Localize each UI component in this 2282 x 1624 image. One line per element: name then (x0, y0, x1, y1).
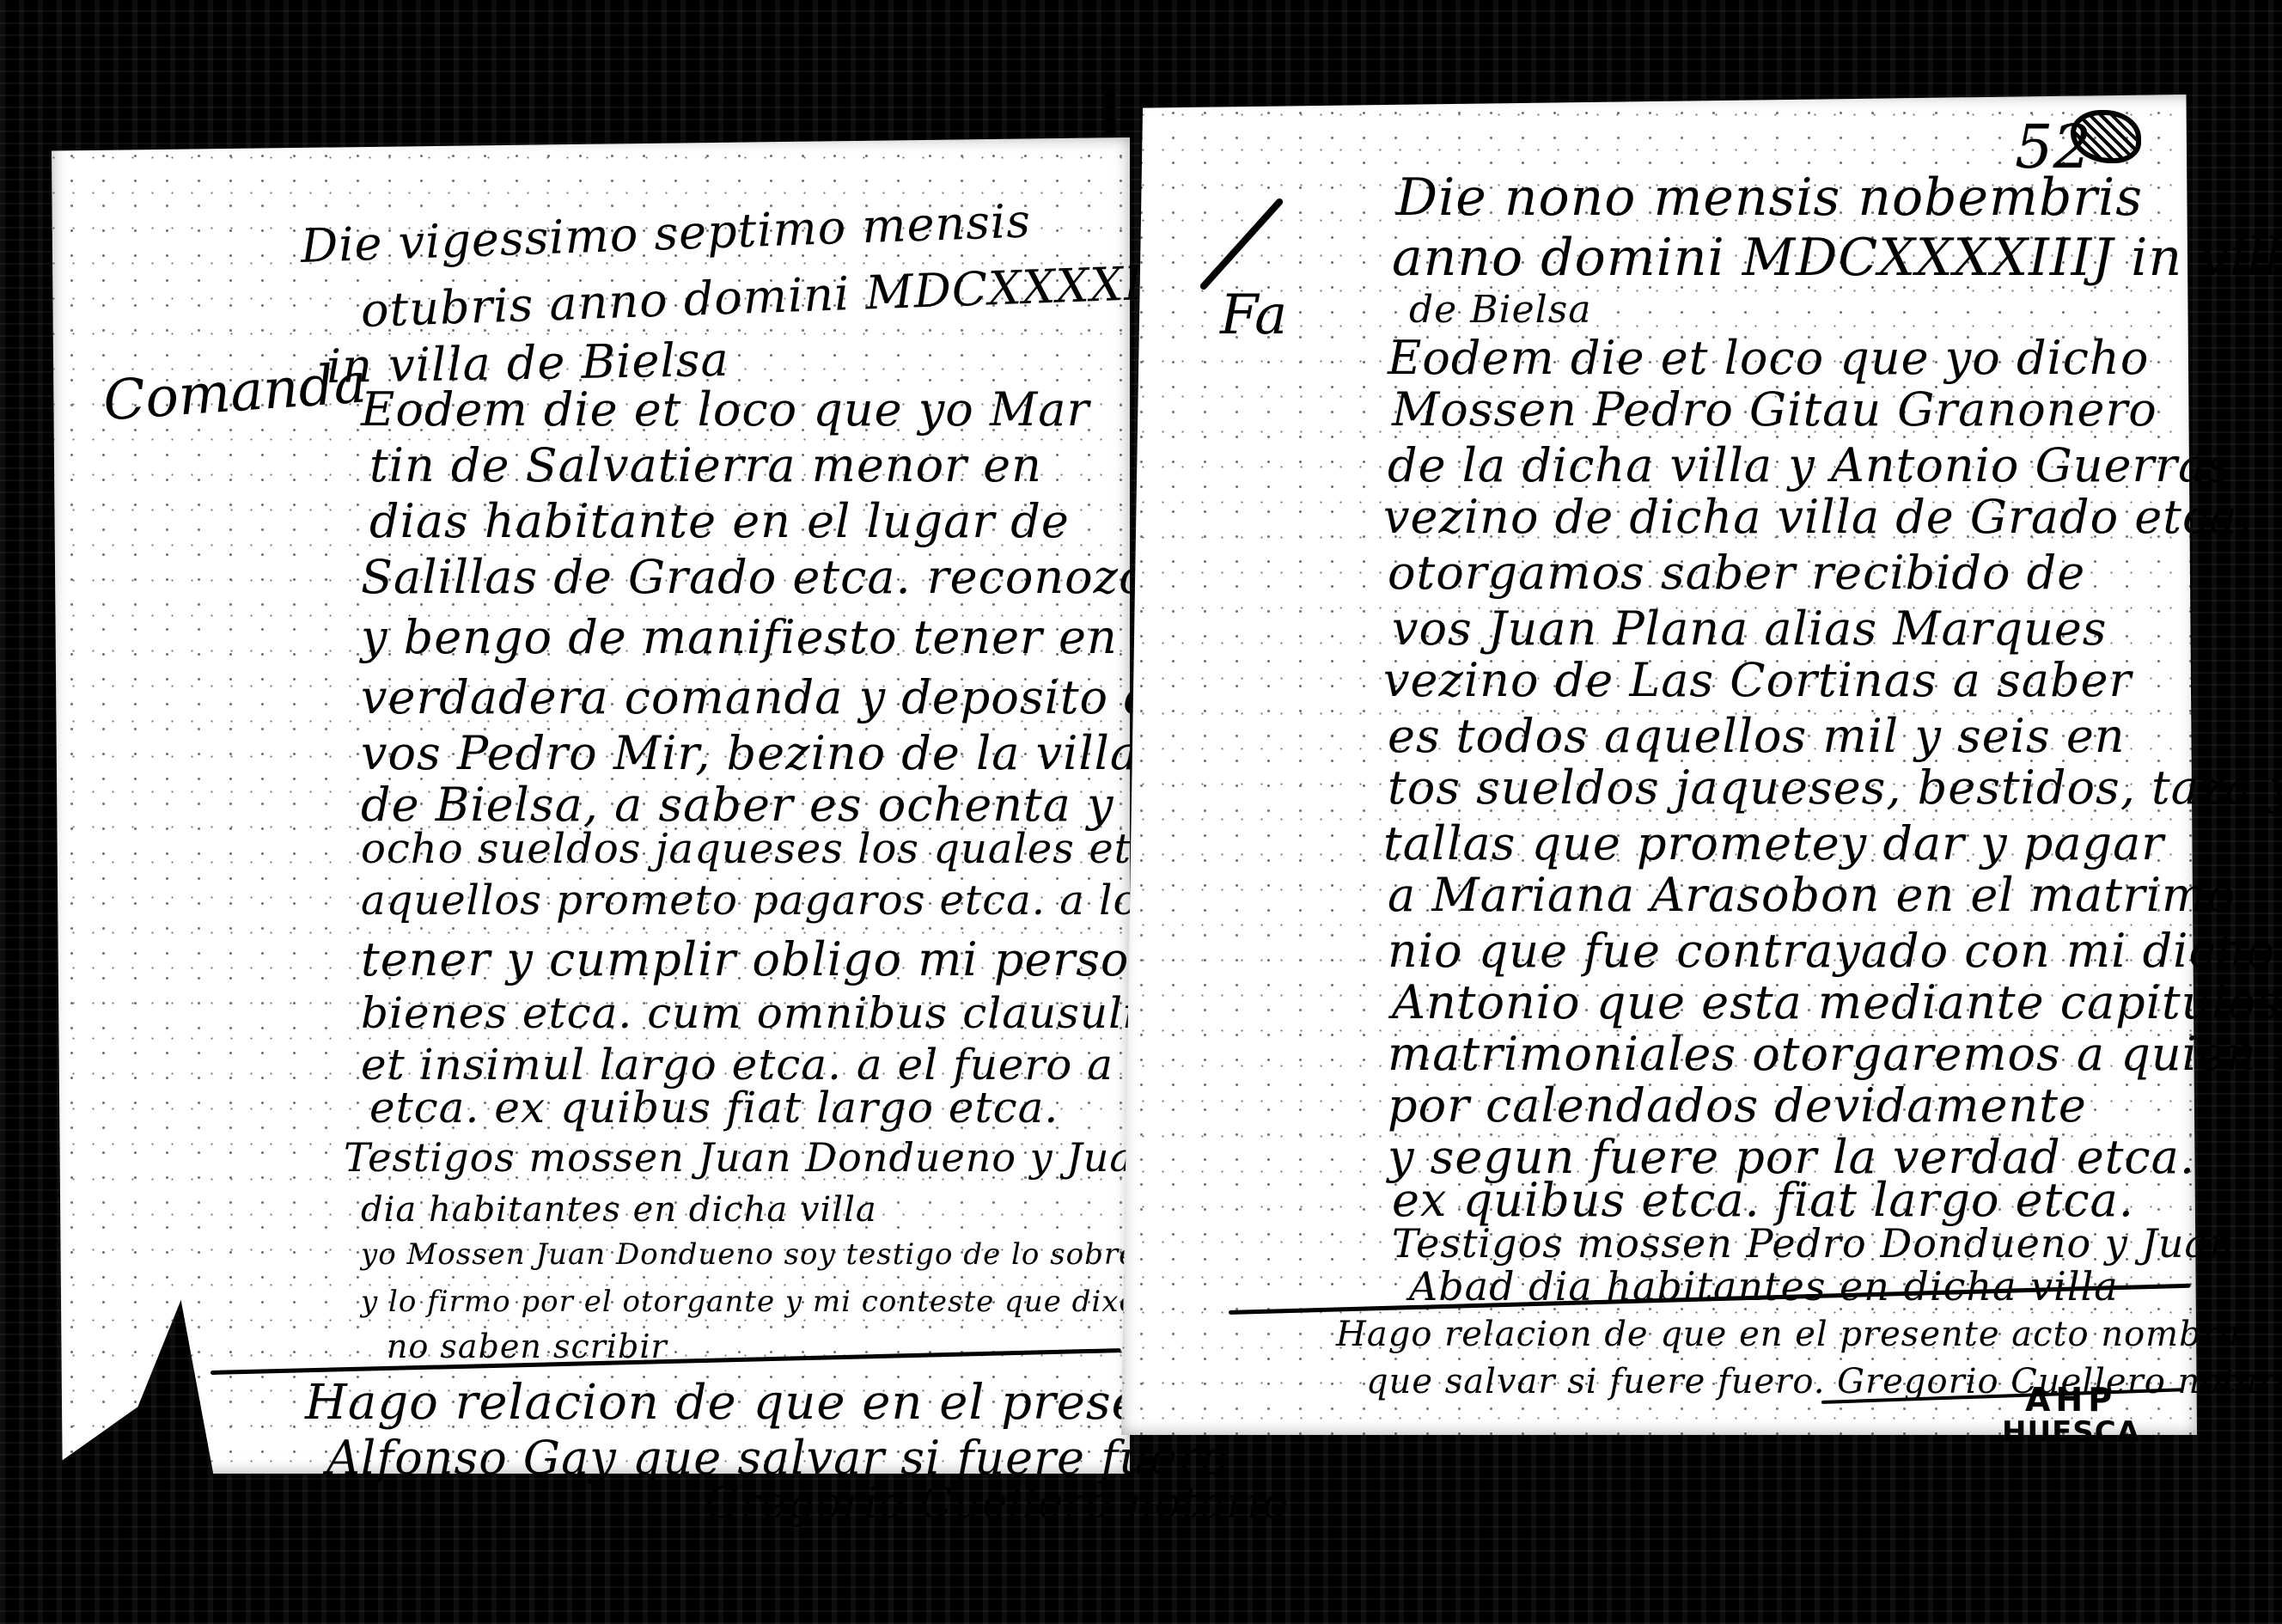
right-heading-line-2: anno domini MDCXXXXIIIJ in villa (1392, 228, 2282, 288)
left-body-line: etca. ex quibus fiat largo etca. (369, 1083, 1059, 1133)
right-body-line: a Mariana Arasobon en el matrimo (1388, 868, 2236, 922)
right-body-line: vezino de dicha villa de Grado etca. (1383, 490, 2254, 544)
right-body-line: nio que fue contrayado con mi dicho (1388, 924, 2275, 978)
right-body-line: vezino de Las Cortinas a saber (1383, 653, 2132, 707)
right-body-line: ex quibus etca. fiat largo etca. (1392, 1173, 2134, 1227)
right-heading-line-1: Die nono mensis nobembris (1396, 168, 2143, 228)
right-footer-line: Hago relacion de que en el presente acto… (1336, 1315, 2241, 1354)
right-body-line: otorgamos saber recibido de (1388, 546, 2085, 600)
left-body-line: de Bielsa, a saber es ochenta y (361, 778, 1114, 832)
right-body-line: de la dicha villa y Antonio Guerras (1388, 438, 2231, 492)
right-body-line: es todos aquellos mil y seis en (1388, 709, 2126, 763)
right-heading-line-3: de Bielsa (1409, 288, 1592, 332)
left-footer-line: Hago relacion de que en el presente (305, 1375, 1223, 1431)
right-body-line: tos sueldos jaqueses, bestidos, taza y b… (1388, 760, 2282, 815)
left-body-line: aquellos prometo pagaros etca. a lo qual (361, 876, 1247, 925)
left-body-line: tener y cumplir obligo mi persona y (361, 932, 1231, 986)
archive-stamp-line-1: AHP (2002, 1383, 2140, 1418)
left-body-line: Salillas de Grado etca. reconozco (361, 550, 1175, 604)
right-margin-note: Fa (1220, 284, 1287, 347)
left-body-line: dias habitante en el lugar de (369, 494, 1070, 548)
right-body-line: tallas que prometey dar y pagar (1383, 816, 2164, 870)
left-body-line: y lo firmo por el otorgante y mi contest… (361, 1285, 1190, 1319)
left-body-line: vos Pedro Mir, bezino de la villa (361, 726, 1138, 780)
right-body-line: Eodem die et loco que yo dicho (1388, 331, 2149, 385)
right-body-line: Antonio que esta mediante capitulos (1392, 975, 2281, 1029)
right-body-line: Mossen Pedro Gitau Granonero (1392, 382, 2157, 437)
archive-stamp: AHP HUESCA (2002, 1383, 2140, 1449)
left-body-line: y bengo de manifiesto tener en (361, 610, 1118, 664)
left-body-line: dia habitantes en dicha villa (361, 1190, 877, 1230)
right-body-line: vos Juan Plana alias Marques (1392, 601, 2108, 656)
left-footer-signature: Gregorio Cuellero notario (705, 1478, 1289, 1528)
right-body-line: por calendados devidamente (1388, 1078, 2087, 1133)
left-body-line: verdadera comanda y deposito de (361, 670, 1183, 724)
archive-stamp-line-2: HUESCA (2002, 1418, 2140, 1449)
left-body-line: yo Mossen Juan Dondueno soy testigo de l… (361, 1237, 1222, 1272)
right-body-line: Testigos mossen Pedro Dondueno y Juan (1392, 1220, 2236, 1267)
left-body-line: tin de Salvatierra menor en (369, 438, 1042, 492)
right-footer-line: que salvar si fuere fuero. Gregorio Cuel… (1366, 1362, 2282, 1401)
left-footer-line: Alfonso Gay que salvar si fuere fuero (326, 1431, 1229, 1485)
left-body-line: Eodem die et loco que yo Mar (361, 382, 1089, 437)
right-body-line: matrimoniales otorgaremos a quien saber (1388, 1027, 2282, 1081)
